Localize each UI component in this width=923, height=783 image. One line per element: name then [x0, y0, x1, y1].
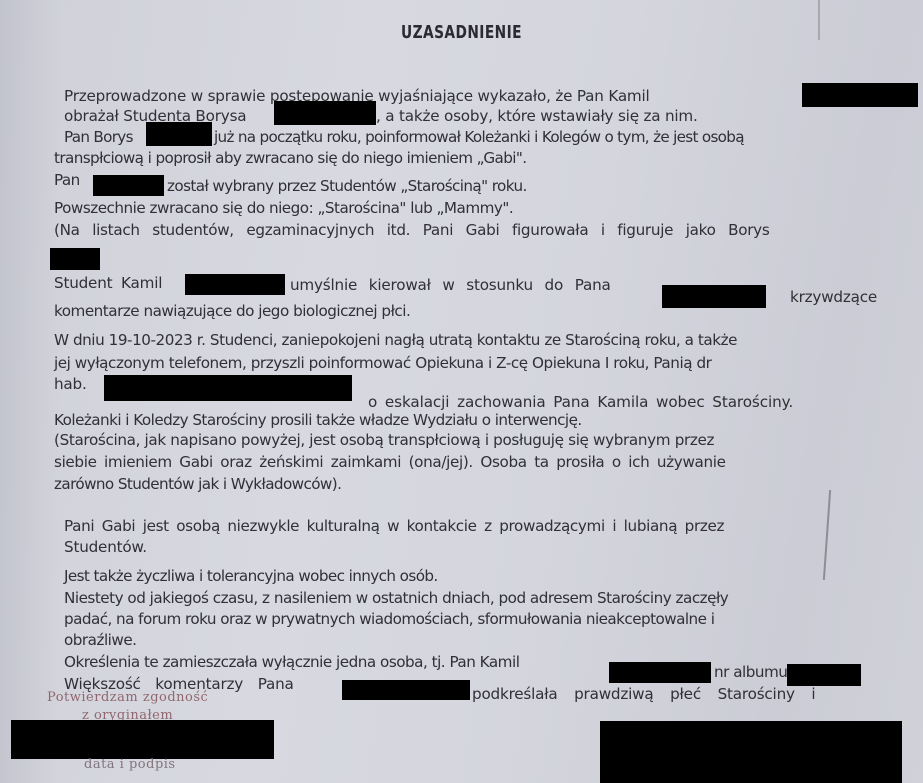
text-segment: Pan [54, 171, 80, 189]
text-line: nr albumu [714, 662, 787, 682]
text-segment: został wybrany przez Studentów „Starości… [167, 177, 527, 195]
text-segment: Student Kamil [54, 274, 162, 292]
certification-stamp-date-signature: data i podpis [84, 757, 176, 772]
redaction-block [146, 122, 212, 146]
text-line: Pan [54, 170, 80, 190]
text-segment: Pan Borys [64, 128, 133, 146]
text-line: transpłciową i poprosił aby zwracano się… [54, 148, 527, 168]
text-line: Pan Borys [64, 127, 133, 147]
text-segment: już na początku roku, poinformował Koleż… [214, 128, 744, 146]
text-segment: transpłciową i poprosił aby zwracano się… [54, 149, 527, 167]
text-segment: siebie imieniem Gabi oraz żeńskimi zaimk… [54, 453, 726, 471]
text-segment: W dniu 19-10-2023 r. Studenci, zaniepoko… [54, 331, 737, 349]
text-line: Powszechnie zwracano się do niego: „Star… [54, 198, 513, 218]
text-segment: Powszechnie zwracano się do niego: „Star… [54, 199, 513, 217]
document-page: UZASADNIENIE Przeprowadzone w sprawie po… [0, 0, 923, 783]
text-line: o eskalacji zachowania Pana Kamila wobec… [368, 392, 793, 412]
text-segment: (Na listach studentów, egzaminacyjnych i… [54, 220, 769, 240]
text-line: jej wyłączonym telefonem, przyszli poinf… [54, 353, 711, 373]
text-line: komentarze nawiązujące do jego biologicz… [54, 301, 410, 321]
text-segment: komentarze nawiązujące do jego biologicz… [54, 302, 410, 320]
redaction-block [662, 285, 766, 308]
text-segment: obraźliwe. [64, 631, 137, 649]
text-line: Studentów. [64, 537, 147, 557]
redaction-block [802, 83, 918, 107]
text-line: Student Kamil [54, 273, 162, 293]
paper-tear [823, 490, 831, 580]
text-line: (Starościna, jak napisano powyżej, jest … [54, 430, 714, 450]
text-line: już na początku roku, poinformował Koleż… [214, 127, 744, 147]
text-line: został wybrany przez Studentów „Starości… [167, 176, 527, 196]
text-segment: nr albumu [714, 663, 787, 681]
text-line: siebie imieniem Gabi oraz żeńskimi zaimk… [54, 452, 726, 472]
text-line: Koleżanki i Koledzy Starościny prosili t… [54, 410, 582, 430]
text-segment: hab. [54, 375, 87, 393]
text-line: Jest także życzliwa i tolerancyjna wobec… [64, 566, 438, 586]
text-segment: umyślnie kierował w stosunku do Pana [290, 276, 611, 294]
text-line: Określenia te zamieszczała wyłącznie jed… [64, 652, 519, 672]
text-line: podkreślała prawdziwą płeć Starościny i [472, 684, 815, 704]
text-segment: Studentów. [64, 538, 147, 556]
text-line: obraźliwe. [64, 630, 137, 650]
text-line: (Na listach studentów, egzaminacyjnych i… [54, 220, 888, 240]
text-segment: podkreślała prawdziwą płeć Starościny i [472, 685, 815, 703]
text-segment: padać, na forum roku oraz w prywatnych w… [64, 610, 714, 628]
certification-stamp-line1: Potwierdzam zgodność [47, 690, 208, 705]
text-line: Niestety od jakiegoś czasu, z nasileniem… [64, 588, 728, 608]
redaction-block [50, 248, 100, 270]
text-line: W dniu 19-10-2023 r. Studenci, zaniepoko… [54, 330, 737, 350]
text-segment: Określenia te zamieszczała wyłącznie jed… [64, 653, 519, 671]
text-segment: Niestety od jakiegoś czasu, z nasileniem… [64, 589, 728, 607]
text-segment: Jest także życzliwa i tolerancyjna wobec… [64, 567, 438, 585]
redaction-block [93, 175, 164, 196]
redaction-block [342, 680, 470, 700]
text-segment: zarówno Studentów jak i Wykładowców). [54, 475, 341, 493]
redaction-block [104, 375, 352, 401]
text-line: hab. [54, 374, 87, 394]
redaction-block [185, 274, 285, 295]
text-line: zarówno Studentów jak i Wykładowców). [54, 474, 341, 494]
text-line: , a także osoby, które wstawiały się za … [376, 106, 698, 126]
text-line: umyślnie kierował w stosunku do Pana [290, 275, 611, 295]
text-segment: jej wyłączonym telefonem, przyszli poinf… [54, 354, 711, 372]
redaction-block [787, 664, 861, 686]
text-segment: Koleżanki i Koledzy Starościny prosili t… [54, 411, 582, 429]
redaction-block [274, 101, 376, 125]
text-line: Przeprowadzone w sprawie postępowanie wy… [64, 86, 799, 106]
redaction-block [11, 720, 274, 759]
paper-shadow [0, 0, 60, 783]
text-segment: o eskalacji zachowania Pana Kamila wobec… [368, 393, 793, 411]
text-line: Pani Gabi jest osobą niezwykle kulturaln… [64, 516, 724, 536]
text-line: krzywdzące [790, 287, 877, 307]
text-segment: (Starościna, jak napisano powyżej, jest … [54, 431, 714, 449]
text-segment: , a także osoby, które wstawiały się za … [376, 107, 698, 125]
text-segment: krzywdzące [790, 288, 877, 306]
document-title: UZASADNIENIE [69, 22, 854, 43]
text-line: padać, na forum roku oraz w prywatnych w… [64, 609, 714, 629]
redaction-block [609, 662, 711, 683]
redaction-block [600, 721, 902, 783]
text-segment: Pani Gabi jest osobą niezwykle kulturaln… [64, 517, 724, 535]
